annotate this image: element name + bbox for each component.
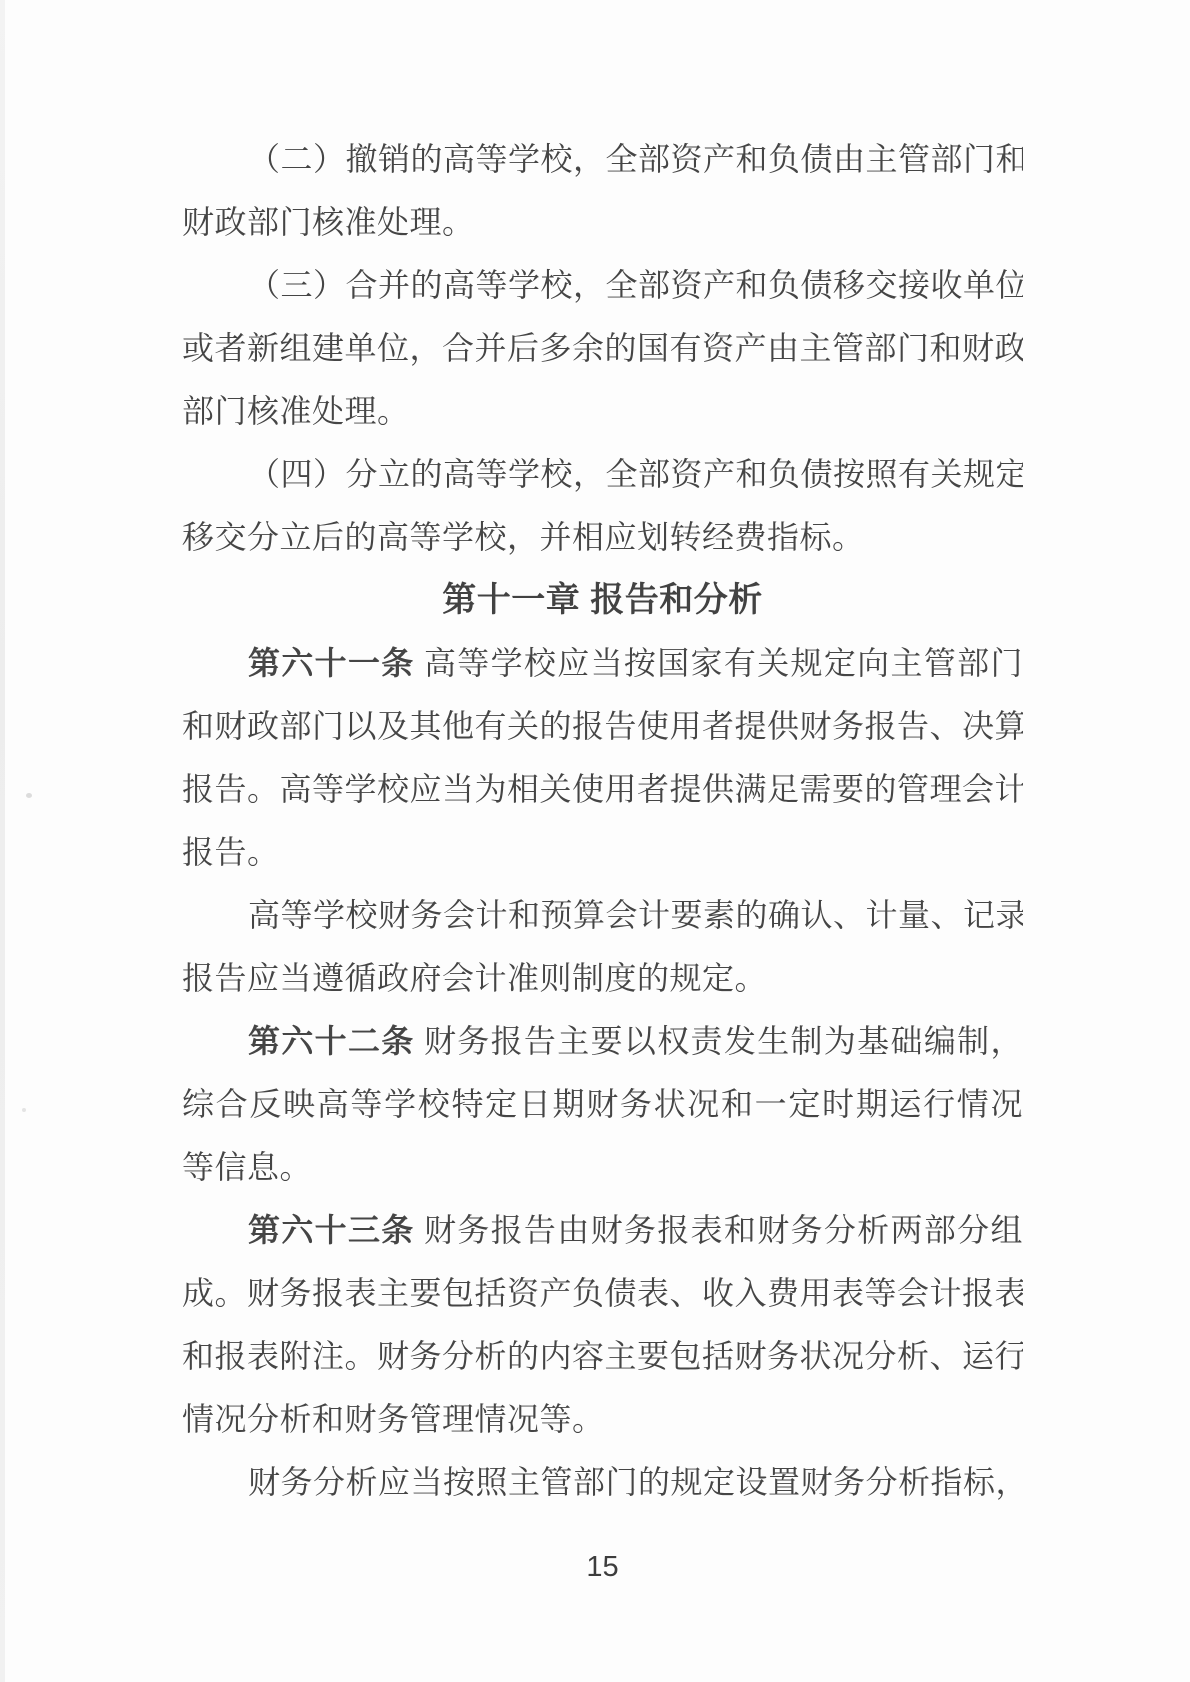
document-body: （二）撤销的高等学校，全部资产和负债由主管部门和财政部门核准处理。（三）合并的高… <box>182 128 1023 1514</box>
text-line: 第六十二条 财务报告主要以权责发生制为基础编制， <box>182 1010 1023 1073</box>
text-line: 成。财务报表主要包括资产负债表、收入费用表等会计报表 <box>182 1262 1023 1325</box>
article-number: 第六十二条 <box>248 1023 415 1059</box>
text-line: 财政部门核准处理。 <box>182 191 1023 254</box>
text-line: 报告。高等学校应当为相关使用者提供满足需要的管理会计 <box>182 758 1023 821</box>
text-line: （三）合并的高等学校，全部资产和负债移交接收单位 <box>182 254 1023 317</box>
text-line: 第六十三条 财务报告由财务报表和财务分析两部分组 <box>182 1199 1023 1262</box>
text-line: 高等学校财务会计和预算会计要素的确认、计量、记录、 <box>182 884 1023 947</box>
article-number: 第六十三条 <box>248 1212 415 1248</box>
chapter-heading: 第十一章 报告和分析 <box>182 569 1023 632</box>
text-line: 情况分析和财务管理情况等。 <box>182 1388 1023 1451</box>
text-line: 等信息。 <box>182 1136 1023 1199</box>
scan-speck <box>26 793 32 798</box>
text-line: （四）分立的高等学校，全部资产和负债按照有关规定 <box>182 443 1023 506</box>
text-line: 和报表附注。财务分析的内容主要包括财务状况分析、运行 <box>182 1325 1023 1388</box>
document-page: （二）撤销的高等学校，全部资产和负债由主管部门和财政部门核准处理。（三）合并的高… <box>0 0 1190 1682</box>
text-line: 移交分立后的高等学校，并相应划转经费指标。 <box>182 506 1023 569</box>
text-line: 部门核准处理。 <box>182 380 1023 443</box>
article-number: 第六十一条 <box>248 645 415 681</box>
text-line: 财务分析应当按照主管部门的规定设置财务分析指标， <box>182 1451 1023 1514</box>
text-line: 报告应当遵循政府会计准则制度的规定。 <box>182 947 1023 1010</box>
page-number: 15 <box>182 1550 1023 1584</box>
scan-edge-artifact <box>0 0 5 1682</box>
text-line: 第六十一条 高等学校应当按国家有关规定向主管部门 <box>182 632 1023 695</box>
scan-speck <box>22 1108 26 1112</box>
text-line: （二）撤销的高等学校，全部资产和负债由主管部门和 <box>182 128 1023 191</box>
text-line: 报告。 <box>182 821 1023 884</box>
text-line: 综合反映高等学校特定日期财务状况和一定时期运行情况 <box>182 1073 1023 1136</box>
text-line: 和财政部门以及其他有关的报告使用者提供财务报告、决算 <box>182 695 1023 758</box>
text-line: 或者新组建单位，合并后多余的国有资产由主管部门和财政 <box>182 317 1023 380</box>
